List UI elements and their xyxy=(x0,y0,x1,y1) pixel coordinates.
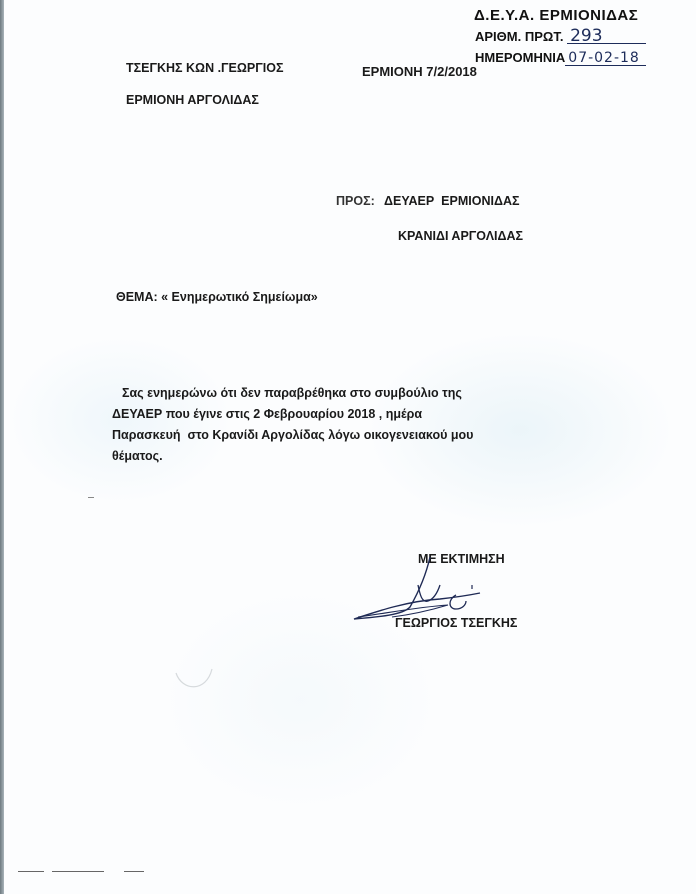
recipient-city: ΚΡΑΝΙΔΙ ΑΡΓΟΛΙΔΑΣ xyxy=(398,229,523,243)
stamp-protocol-number: 293 xyxy=(567,29,646,44)
scan-mark xyxy=(52,871,104,872)
place-date: ΕΡΜΙΟΝΗ 7/2/2018 xyxy=(362,64,477,79)
stamp-date-label: ΗΜΕΡΟΜΗΝΙΑ xyxy=(475,50,565,65)
signature-icon xyxy=(348,555,488,625)
sender-name: ΤΣΕΓΚΗΣ ΚΩΝ .ΓΕΩΡΓΙΟΣ xyxy=(126,61,283,75)
body-line: ΔΕΥΑΕΡ που έγινε στις 2 Φεβρουαρίου 2018… xyxy=(112,404,552,425)
scan-mark xyxy=(124,871,144,872)
sender-city: ΕΡΜΙΟΝΗ ΑΡΓΟΛΙΔΑΣ xyxy=(126,93,259,107)
body-line: Παρασκευή στο Κρανίδι Αργολίδας λόγω οικ… xyxy=(112,425,552,446)
scan-edge xyxy=(0,0,4,894)
stamp-date-value: 07-02-18 xyxy=(565,51,646,66)
scan-mark xyxy=(18,871,44,872)
scan-smudge xyxy=(172,655,218,701)
stamp-protocol-label: ΑΡΙΘΜ. ΠΡΩΤ. xyxy=(475,29,563,44)
body-line: θέματος. xyxy=(112,446,552,467)
signer-name: ΓΕΩΡΓΙΟΣ ΤΣΕΓΚΗΣ xyxy=(395,616,517,630)
letter-body: Σας ενημερώνω ότι δεν παραβρέθηκα στο συ… xyxy=(112,383,552,467)
stamp-date: ΗΜΕΡΟΜΗΝΙΑ07-02-18 xyxy=(475,50,646,66)
body-line: Σας ενημερώνω ότι δεν παραβρέθηκα στο συ… xyxy=(112,383,552,404)
scanned-letter-page: Δ.Ε.Υ.Α. ΕΡΜΙΟΝΙΔΑΣ ΑΡΙΘΜ. ΠΡΩΤ. 293 ΗΜΕ… xyxy=(0,0,696,894)
recipient-label: ΠΡΟΣ: xyxy=(336,194,375,208)
recipient-organization: ΔΕΥΑΕΡ ΕΡΜΙΟΝΙΔΑΣ xyxy=(384,194,519,208)
subject-line: ΘΕΜΑ: « Ενημερωτικό Σημείωμα» xyxy=(116,290,318,304)
stamp-organization: Δ.Ε.Υ.Α. ΕΡΜΙΟΝΙΔΑΣ xyxy=(474,7,638,24)
stamp-protocol: ΑΡΙΘΜ. ΠΡΩΤ. 293 xyxy=(475,29,646,44)
scan-mark xyxy=(88,497,94,498)
